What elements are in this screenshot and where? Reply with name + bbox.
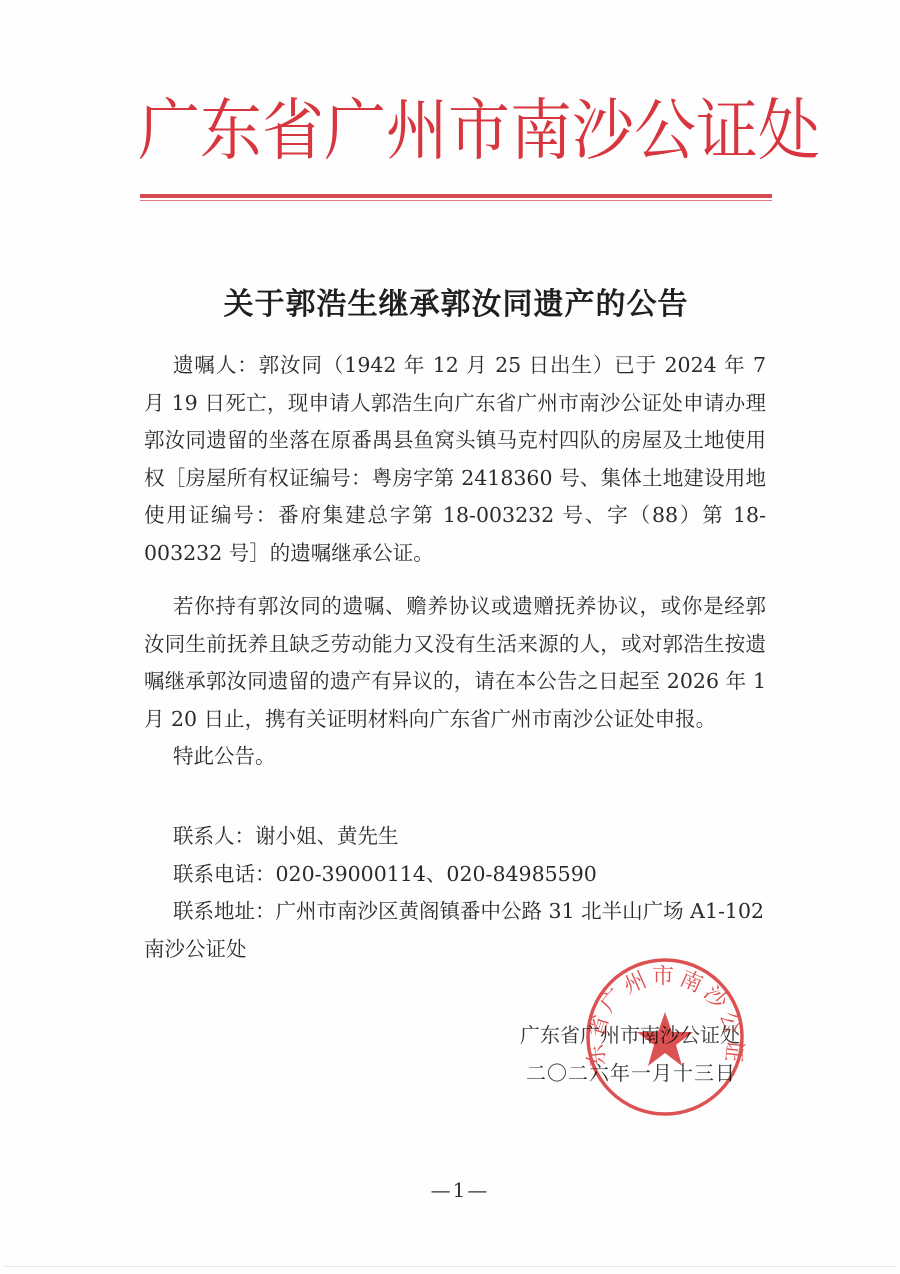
header-rule-thick [140,194,772,198]
contact-address: 联系地址：广州市南沙区黄阁镇番中公路 31 北半山广场 A1-102 [144,893,766,931]
document-title: 关于郭浩生继承郭汝同遗产的公告 [140,283,772,327]
organization-header: 广东省广州市南沙公证处 [138,89,774,173]
closing-statement: 特此公告。 [144,738,766,776]
contact-phone: 联系电话：020-39000114、020-84985590 [144,856,766,894]
page-bottom-edge [4,1266,896,1267]
contact-person: 联系人：谢小姐、黄先生 [144,818,766,856]
contact-info: 联系人：谢小姐、黄先生 联系电话：020-39000114、020-849855… [144,818,766,968]
header-rule-thin [140,200,772,201]
official-seal: 广东省广州市南沙公证处 [584,956,746,1118]
body-paragraph-1: 遗嘱人：郭汝同（1942 年 12 月 25 日出生）已于 2024 年 7 月… [144,347,766,572]
star-icon [637,1012,693,1066]
body-paragraph-2: 若你持有郭汝同的遗嘱、赡养协议或遗赠抚养协议，或你是经郭汝同生前抚养且缺乏劳动能… [144,588,766,738]
paragraph-text: 若你持有郭汝同的遗嘱、赡养协议或遗赠抚养协议，或你是经郭汝同生前抚养且缺乏劳动能… [144,588,766,738]
paragraph-text: 特此公告。 [144,738,766,776]
document-page: 广东省广州市南沙公证处 关于郭浩生继承郭汝同遗产的公告 遗嘱人：郭汝同（1942… [0,0,900,1274]
page-number: —1— [400,1178,520,1202]
paragraph-text: 遗嘱人：郭汝同（1942 年 12 月 25 日出生）已于 2024 年 7 月… [144,347,766,572]
